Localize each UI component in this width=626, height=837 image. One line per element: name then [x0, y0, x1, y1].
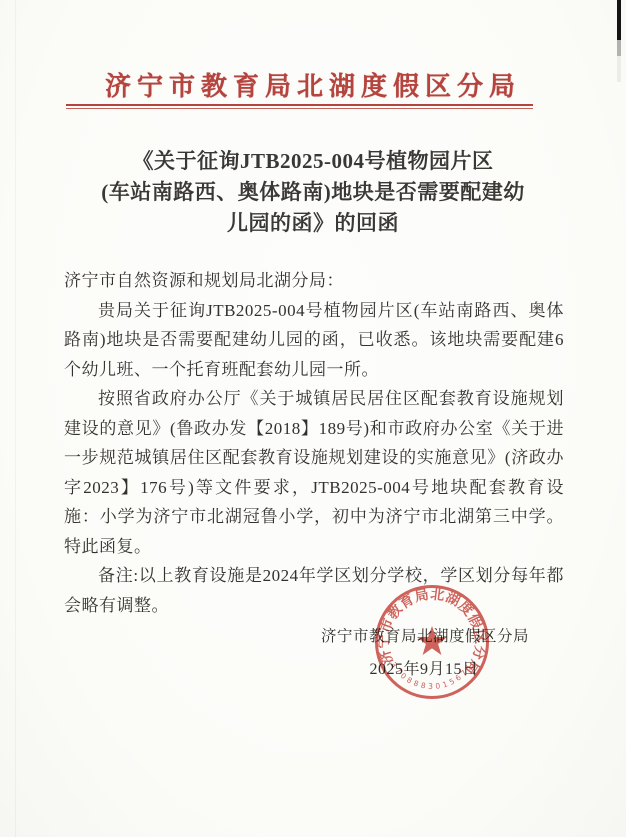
document-title-line1: 《关于征询JTB2025-004号植物园片区 — [40, 146, 586, 177]
scanned-official-letter: 济宁市教育局北湖度假区分局 《关于征询JTB2025-004号植物园片区 (车站… — [0, 0, 626, 837]
document-title-line3: 儿园的函》的回函 — [40, 208, 586, 239]
signing-date: 2025年9月15日 — [321, 656, 527, 679]
paragraph-policy: 按照省政府办公厅《关于城镇居民居住区配套教育设施规划建设的意见》(鲁政办发【20… — [64, 384, 564, 561]
salutation: 济宁市自然资源和规划局北湖分局： — [64, 266, 564, 296]
scan-edge-left-artifact — [15, 0, 16, 837]
document-title: 《关于征询JTB2025-004号植物园片区 (车站南路西、奥体路南)地块是否需… — [40, 146, 586, 239]
paragraph-reply: 贵局关于征询JTB2025-004号植物园片区(车站南路西、奥体路南)地块是否需… — [64, 296, 564, 385]
closing-block: 济宁市教育局北湖度假区分局 2025年9月15日 — [321, 624, 527, 679]
paragraph-note: 备注:以上教育设施是2024年学区划分学校，学区划分每年都会略有调整。 — [64, 561, 564, 620]
letter-body: 济宁市自然资源和规划局北湖分局： 贵局关于征询JTB2025-004号植物园片区… — [64, 266, 564, 620]
letterhead-authority: 济宁市教育局北湖度假区分局 — [0, 66, 626, 103]
signing-authority: 济宁市教育局北湖度假区分局 — [321, 624, 527, 646]
document-title-line2: (车站南路西、奥体路南)地块是否需要配建幼 — [40, 177, 586, 208]
letterhead-rule — [66, 104, 533, 109]
